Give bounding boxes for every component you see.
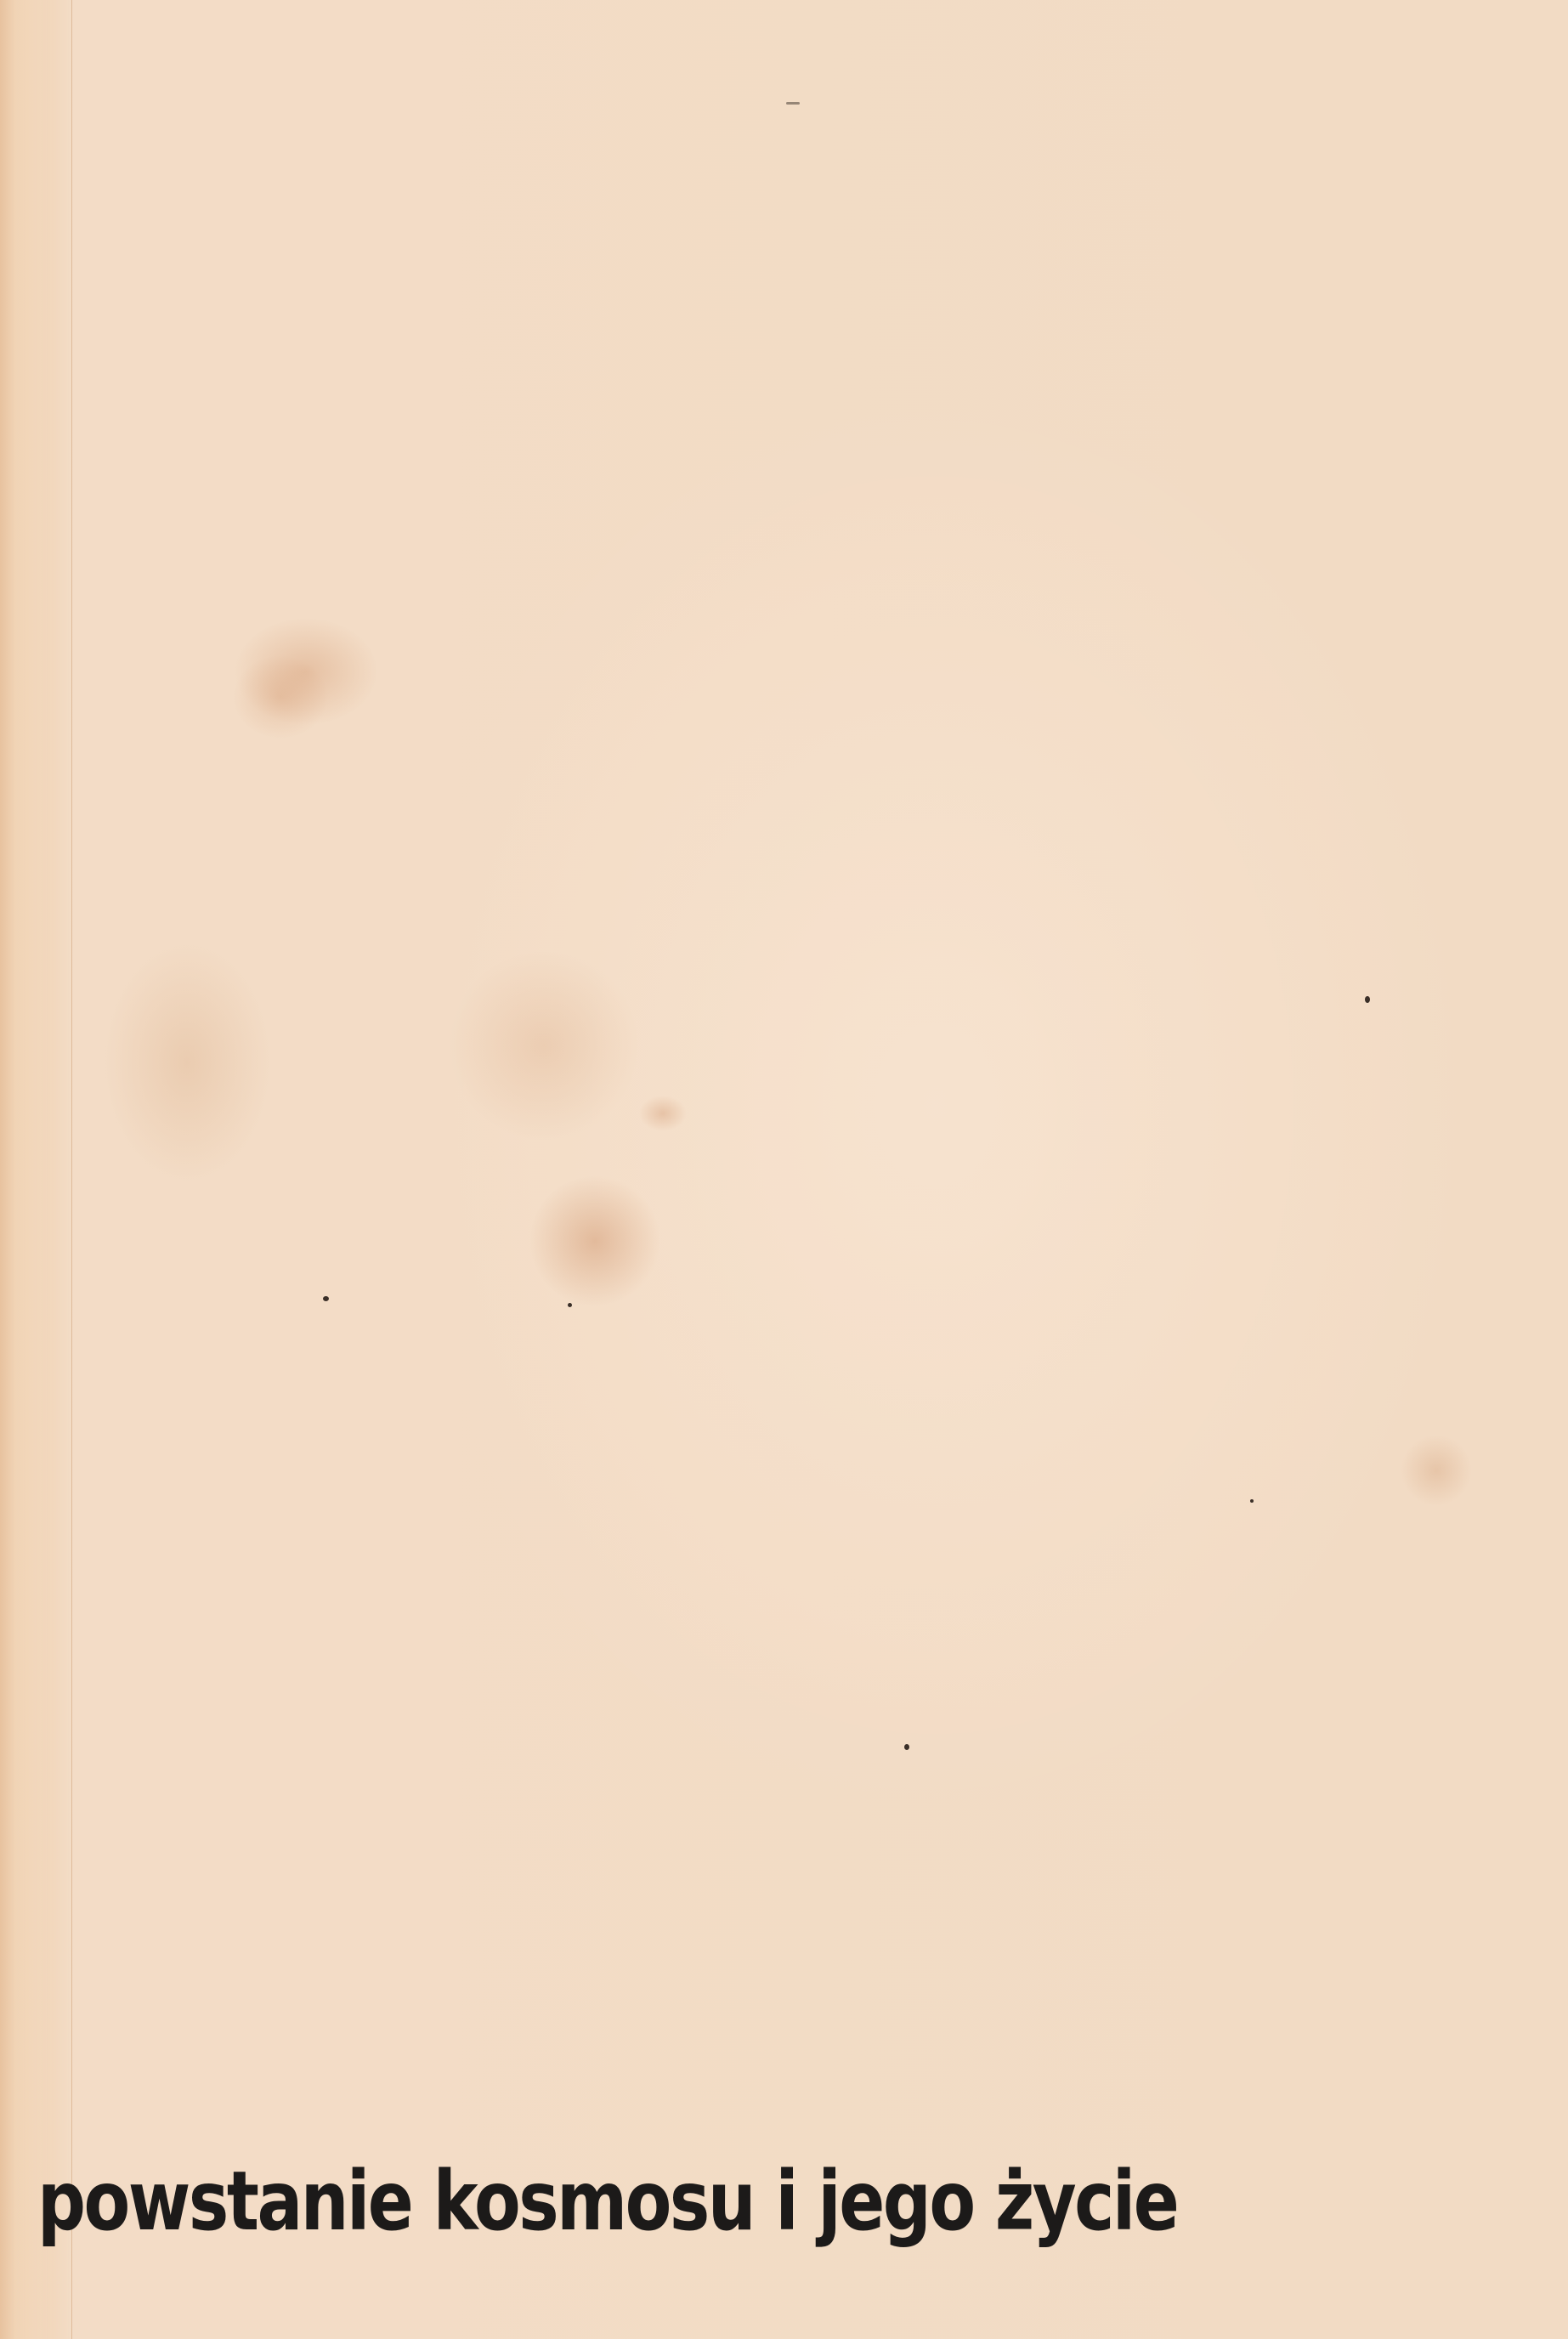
ink-speck — [786, 102, 800, 105]
ink-speck — [1250, 1499, 1254, 1503]
ink-speck — [904, 1744, 909, 1750]
ink-speck — [323, 1296, 329, 1301]
ink-speck — [1365, 996, 1370, 1003]
book-cover: powstanie kosmosu i jego życie — [0, 0, 1568, 2339]
book-title: powstanie kosmosu i jego życie — [37, 2161, 1177, 2242]
ink-speck — [568, 1303, 572, 1307]
spine-edge — [0, 0, 72, 2339]
